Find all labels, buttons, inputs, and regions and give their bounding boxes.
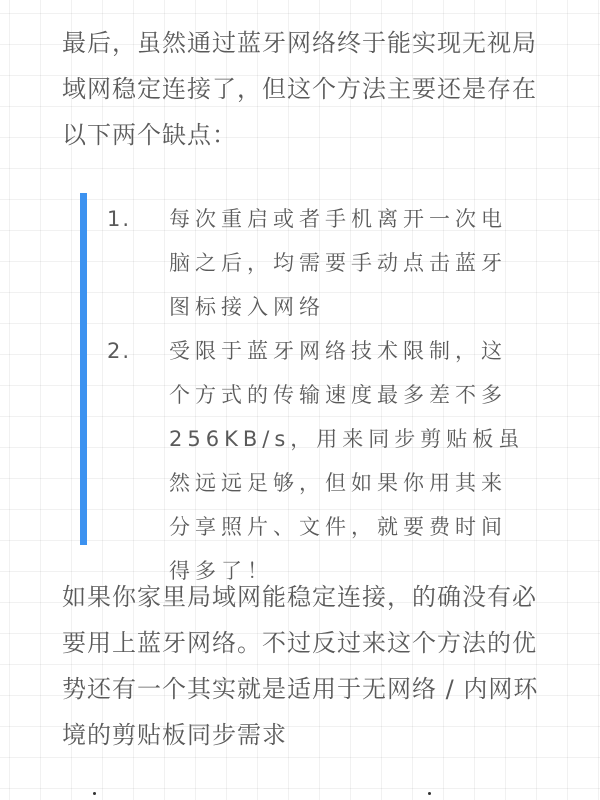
list-number: 1. <box>107 197 157 241</box>
list-number: 2. <box>107 329 157 373</box>
conclusion-paragraph: 如果你家里局域网能稳定连接，的确没有必要用上蓝牙网络。不过反过来这个方法的优势还… <box>62 574 542 758</box>
drawbacks-blockquote: 1. 每次重启或者手机离开一次电脑之后，均需要手动点击蓝牙图标接入网络 2. 受… <box>80 193 547 545</box>
decorative-dot <box>93 792 96 795</box>
intro-paragraph: 最后，虽然通过蓝牙网络终于能实现无视局域网稳定连接了，但这个方法主要还是存在以下… <box>62 20 542 158</box>
decorative-dot <box>428 792 431 795</box>
list-text: 每次重启或者手机离开一次电脑之后，均需要手动点击蓝牙图标接入网络 <box>169 197 529 329</box>
list-text: 受限于蓝牙网络技术限制，这个方式的传输速度最多差不多256KB/s，用来同步剪贴… <box>169 329 529 593</box>
